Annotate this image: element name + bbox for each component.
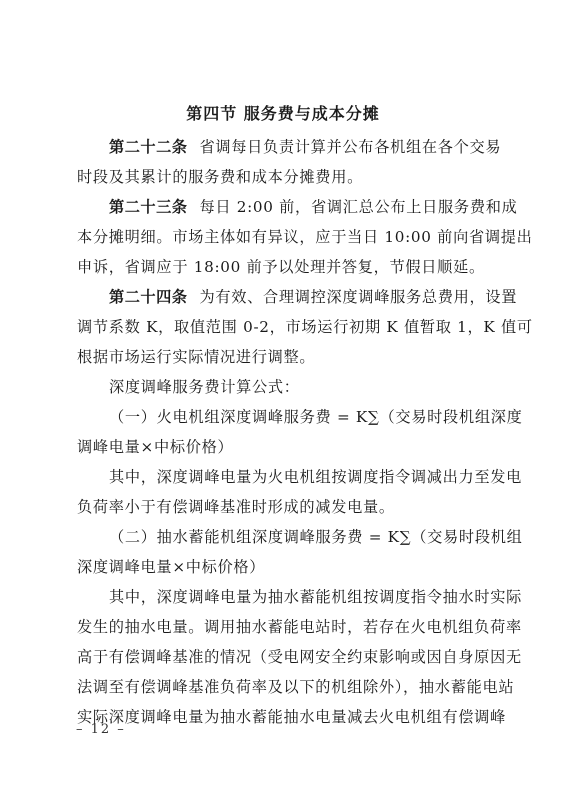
formula-1-note-line-2: 负荷率小于有偿调峰基准时形成的减发电量。 bbox=[77, 492, 495, 522]
section-title: 第四节 服务费与成本分摊 bbox=[0, 102, 566, 126]
formula-1-line-2: 调峰电量×中标价格） bbox=[77, 432, 495, 462]
article-24-line-2: 调节系数 K，取值范围 0-2，市场运行初期 K 值暂取 1，K 值可 bbox=[77, 312, 495, 342]
document-page: 第四节 服务费与成本分摊 第二十二条省调每日负责计算并公布各机组在各个交易 时段… bbox=[0, 0, 566, 800]
article-23-line-1: 第二十三条每日 2:00 前，省调汇总公布上日服务费和成 bbox=[77, 192, 495, 222]
article-23-line-2: 本分摊明细。市场主体如有异议，应于当日 10:00 前向省调提出 bbox=[77, 222, 495, 252]
formula-2-line-2: 深度调峰电量×中标价格） bbox=[77, 552, 495, 582]
article-text: 为有效、合理调控深度调峰服务总费用，设置 bbox=[199, 288, 517, 306]
article-24-line-1: 第二十四条为有效、合理调控深度调峰服务总费用，设置 bbox=[77, 282, 495, 312]
formula-intro: 深度调峰服务费计算公式： bbox=[77, 372, 495, 402]
article-text: 每日 2:00 前，省调汇总公布上日服务费和成 bbox=[199, 198, 517, 216]
formula-2-note-line-4: 法调至有偿调峰基准负荷率及以下的机组除外），抽水蓄能电站 bbox=[77, 672, 495, 702]
formula-2-note-line-1: 其中，深度调峰电量为抽水蓄能机组按调度指令抽水时实际 bbox=[77, 582, 495, 612]
formula-2-line-1: （二）抽水蓄能机组深度调峰服务费 = K∑（交易时段机组 bbox=[77, 522, 495, 552]
article-text: 省调每日负责计算并公布各机组在各个交易 bbox=[199, 138, 501, 156]
formula-1-note-line-1: 其中，深度调峰电量为火电机组按调度指令调减出力至发电 bbox=[77, 462, 495, 492]
article-24-line-3: 根据市场运行实际情况进行调整。 bbox=[77, 342, 495, 372]
article-23-line-3: 申诉，省调应于 18:00 前予以处理并答复，节假日顺延。 bbox=[77, 252, 495, 282]
formula-1-line-1: （一）火电机组深度调峰服务费 = K∑（交易时段机组深度 bbox=[77, 402, 495, 432]
page-number: – 12 – bbox=[76, 722, 126, 737]
document-body: 第二十二条省调每日负责计算并公布各机组在各个交易 时段及其累计的服务费和成本分摊… bbox=[77, 132, 495, 732]
formula-2-note-line-3: 高于有偿调峰基准的情况（受电网安全约束影响或因自身原因无 bbox=[77, 642, 495, 672]
article-heading: 第二十二条 bbox=[109, 138, 187, 156]
formula-2-note-line-5: 实际深度调峰电量为抽水蓄能抽水电量减去火电机组有偿调峰 bbox=[77, 702, 495, 732]
article-22-line-1: 第二十二条省调每日负责计算并公布各机组在各个交易 bbox=[77, 132, 495, 162]
article-22-line-2: 时段及其累计的服务费和成本分摊费用。 bbox=[77, 162, 495, 192]
article-heading: 第二十三条 bbox=[109, 198, 187, 216]
formula-2-note-line-2: 发生的抽水电量。调用抽水蓄能电站时，若存在火电机组负荷率 bbox=[77, 612, 495, 642]
article-heading: 第二十四条 bbox=[109, 288, 187, 306]
